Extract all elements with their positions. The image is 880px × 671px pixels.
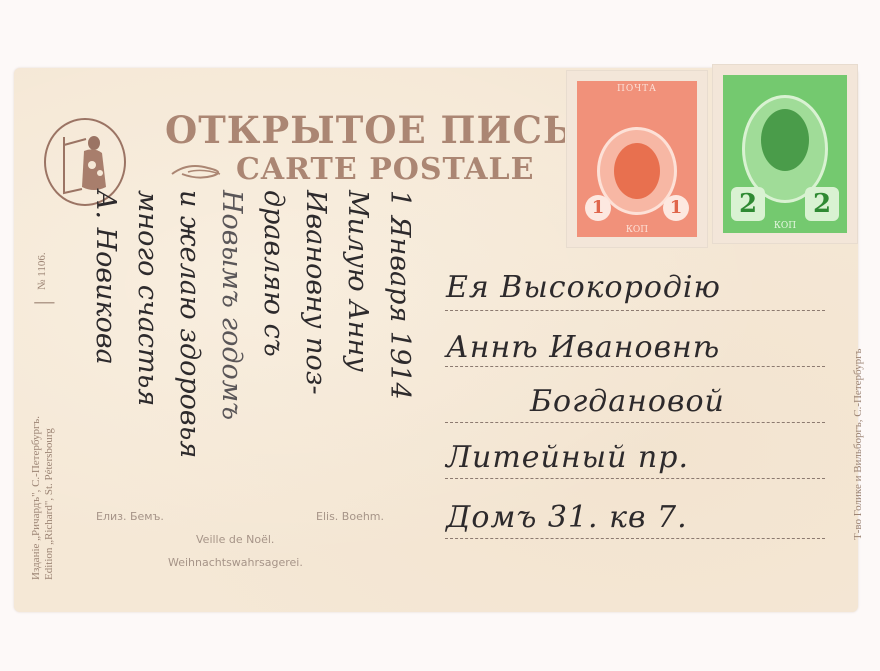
stamp-2-kopeck: 2 2 КОП (712, 64, 858, 244)
message-line-1: 1 Января 1914 (378, 190, 420, 458)
caption-french: Veille de Noël. (196, 533, 274, 546)
address-guide-line (445, 310, 825, 311)
message-signature: А. Новикова (84, 190, 126, 458)
handwritten-message: 1 Января 1914 Милую Анну Ивановну поз- д… (84, 190, 420, 458)
portrait-peter-icon (614, 143, 660, 199)
artist-russian: Елиз. Бемъ. (96, 510, 164, 523)
printer-imprint: Т-во Голике и Вильборгъ, С.-Петербургъ (852, 349, 864, 540)
address-line-4: Литейный пр. (446, 440, 689, 475)
portrait-alexander-icon (761, 109, 809, 171)
stamp-unit: КОП (577, 225, 697, 235)
publisher-russian: Изданіе „Ричардъ", С.-Петербургъ. (30, 416, 43, 580)
artist-name: Elis. Boehm. (316, 510, 384, 523)
address-guide-line (445, 538, 825, 539)
card-title-russian: ОТКРЫТОЕ ПИСЬМО (165, 108, 565, 152)
message-line-2: Милую Анну (336, 190, 378, 458)
catalog-number: № 1106. (36, 252, 49, 290)
message-line-6: и желаю здоровья (168, 190, 210, 458)
stamp-value-right: 1 (663, 195, 689, 221)
card-title-french: CARTE POSTALE (236, 152, 566, 187)
message-line-5: Новымъ годомъ (210, 190, 252, 458)
address-guide-line (445, 478, 825, 479)
flourish-ornament-icon (168, 160, 230, 182)
stamp-unit: КОП (723, 221, 847, 231)
stamp-1-face: ПОЧТА 1 1 КОП (577, 81, 697, 237)
stamp-2-face: 2 2 КОП (723, 75, 847, 233)
address-guide-line (445, 422, 825, 423)
publisher-imprint: Изданіе „Ричардъ", С.-Петербургъ. Editio… (30, 416, 56, 580)
address-line-2: Аннѣ Ивановнѣ (446, 330, 720, 365)
stamp-1-kopeck: ПОЧТА 1 1 КОП (566, 70, 708, 248)
stamp-value-left: 1 (585, 195, 611, 221)
message-line-7: много счастья (126, 190, 168, 458)
stamp-header: ПОЧТА (577, 84, 697, 94)
address-guide-line (445, 366, 825, 367)
message-line-3: Ивановну поз- (294, 190, 336, 458)
caption-german: Weihnachtswahrsagerei. (168, 556, 303, 569)
stamp-value-left: 2 (731, 187, 765, 221)
address-line-3: Богдановой (530, 384, 725, 419)
message-line-4: дравляю съ (252, 190, 294, 458)
brace-divider: | (30, 301, 56, 305)
address-line-5: Домъ 31. кв 7. (446, 500, 688, 535)
publisher-french: Edition „Richard", St. Pétersbourg (43, 416, 56, 580)
address-line-1: Ея Высокородію (446, 270, 721, 305)
stamp-value-right: 2 (805, 187, 839, 221)
